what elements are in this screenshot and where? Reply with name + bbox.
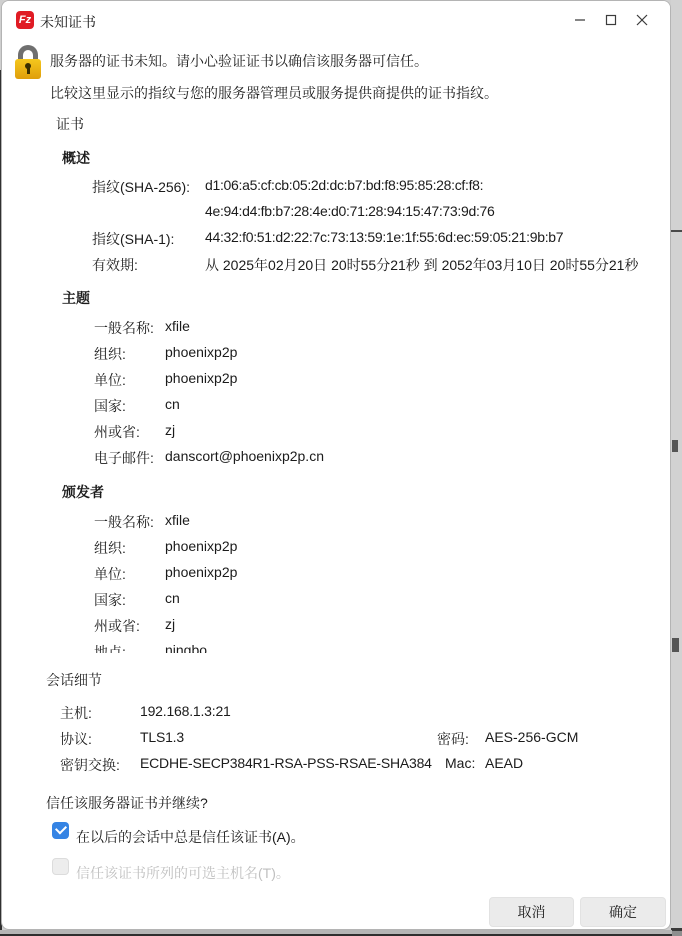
session-protocol-row: 协议: TLS1.3 密码: AES-256-GCM xyxy=(2,729,671,749)
instruction-text: 比较这里显示的指纹与您的服务器管理员或服务提供商提供的证书指纹。 xyxy=(50,84,498,102)
background-bottom-edge xyxy=(0,930,672,936)
row-label: Mac: xyxy=(445,755,475,771)
trust-sans-label: 信任该证书所列的可选主机名(T)。 xyxy=(76,864,290,882)
row-value: 44:32:f0:51:d2:22:7c:73:13:59:1e:1f:55:6… xyxy=(205,229,563,245)
screen: Fz 未知证书 服务器的证书未知 xyxy=(0,0,682,936)
window-title: 未知证书 xyxy=(40,12,96,32)
row-value: ningbo xyxy=(165,642,207,653)
certificate-dialog: Fz 未知证书 服务器的证书未知 xyxy=(1,0,671,930)
background-divider xyxy=(671,230,682,232)
titlebar[interactable]: Fz 未知证书 xyxy=(2,1,670,39)
subject-row: 电子邮件: danscort@phoenixp2p.cn xyxy=(2,448,671,468)
close-icon xyxy=(636,14,648,26)
minimize-icon xyxy=(574,14,586,26)
row-label: 组织: xyxy=(94,538,126,558)
row-label: 地点: xyxy=(94,642,126,653)
row-value: xfile xyxy=(165,318,190,334)
background-glyph-fragment xyxy=(672,440,678,452)
row-label: 国家: xyxy=(94,590,126,610)
maximize-button[interactable] xyxy=(597,6,625,34)
window-controls xyxy=(566,6,656,34)
row-label: 主机: xyxy=(60,703,92,723)
fingerprint-sha256-row: 指纹(SHA-256): d1:06:a5:cf:cb:05:2d:dc:b7:… xyxy=(2,177,671,197)
row-value: AEAD xyxy=(485,755,523,771)
row-label: 单位: xyxy=(94,370,126,390)
lock-keyhole-stem xyxy=(27,68,30,74)
fingerprint-sha256-row-cont: 4e:94:d4:fb:b7:28:4e:d0:71:28:94:15:47:7… xyxy=(2,203,671,223)
subject-row: 州或省: zj xyxy=(2,422,671,442)
row-value: cn xyxy=(165,396,180,412)
row-value: 192.168.1.3:21 xyxy=(140,703,231,719)
filezilla-app-icon: Fz xyxy=(16,11,34,29)
row-value: zj xyxy=(165,616,175,632)
lock-body xyxy=(15,59,41,79)
issuer-heading: 颁发者 xyxy=(62,482,104,502)
row-value: AES-256-GCM xyxy=(485,729,578,745)
minimize-button[interactable] xyxy=(566,6,594,34)
subject-row: 组织: phoenixp2p xyxy=(2,344,671,364)
row-value: TLS1.3 xyxy=(140,729,184,745)
session-host-row: 主机: 192.168.1.3:21 xyxy=(2,703,671,723)
row-value: 4e:94:d4:fb:b7:28:4e:d0:71:28:94:15:47:7… xyxy=(205,203,495,219)
row-value: phoenixp2p xyxy=(165,370,237,386)
issuer-row: 一般名称: xfile xyxy=(2,512,671,532)
issuer-row: 组织: phoenixp2p xyxy=(2,538,671,558)
subject-row: 国家: cn xyxy=(2,396,671,416)
certificate-details-panel[interactable]: 概述 指纹(SHA-256): d1:06:a5:cf:cb:05:2d:dc:… xyxy=(2,141,671,653)
row-label: 组织: xyxy=(94,344,126,364)
open-lock-icon xyxy=(15,45,41,79)
session-keyexchange-row: 密钥交换: ECDHE-SECP384R1-RSA-PSS-RSAE-SHA38… xyxy=(2,755,671,775)
row-label: 一般名称: xyxy=(94,318,154,338)
row-label: 指纹(SHA-1): xyxy=(92,229,174,249)
row-label: 一般名称: xyxy=(94,512,154,532)
background-edge-fill xyxy=(671,931,682,936)
cancel-button[interactable]: 取消 xyxy=(489,897,574,927)
maximize-icon xyxy=(605,14,617,26)
subject-row: 一般名称: xfile xyxy=(2,318,671,338)
row-value: cn xyxy=(165,590,180,606)
background-window-sliver xyxy=(671,0,682,936)
row-label: 国家: xyxy=(94,396,126,416)
warning-text: 服务器的证书未知。请小心验证证书以确信该服务器可信任。 xyxy=(50,52,428,70)
issuer-row: 国家: cn xyxy=(2,590,671,610)
row-label: 指纹(SHA-256): xyxy=(92,177,190,197)
row-label: 单位: xyxy=(94,564,126,584)
overview-heading: 概述 xyxy=(62,148,90,168)
certificate-section-label: 证书 xyxy=(56,115,84,133)
session-details-heading: 会话细节 xyxy=(46,671,102,689)
row-value: d1:06:a5:cf:cb:05:2d:dc:b7:bd:f8:95:85:2… xyxy=(205,177,483,193)
validity-row: 有效期: 从 2025年02月20日 20时55分21秒 到 2052年03月1… xyxy=(2,255,671,275)
row-value: phoenixp2p xyxy=(165,538,237,554)
row-label: 协议: xyxy=(60,729,92,749)
subject-row: 单位: phoenixp2p xyxy=(2,370,671,390)
row-label: 州或省: xyxy=(94,422,140,442)
row-value: phoenixp2p xyxy=(165,564,237,580)
row-value: danscort@phoenixp2p.cn xyxy=(165,448,324,464)
row-value: 从 2025年02月20日 20时55分21秒 到 2052年03月10日 20… xyxy=(205,255,638,275)
always-trust-checkbox[interactable] xyxy=(52,822,69,839)
subject-heading: 主题 xyxy=(62,288,90,308)
row-value: zj xyxy=(165,422,175,438)
background-glyph-fragment xyxy=(672,638,679,652)
row-label: 电子邮件: xyxy=(94,448,154,468)
close-button[interactable] xyxy=(628,6,656,34)
fingerprint-sha1-row: 指纹(SHA-1): 44:32:f0:51:d2:22:7c:73:13:59… xyxy=(2,229,671,249)
issuer-row: 州或省: zj xyxy=(2,616,671,636)
trust-sans-checkbox xyxy=(52,858,69,875)
issuer-row: 单位: phoenixp2p xyxy=(2,564,671,584)
row-label: 密钥交换: xyxy=(60,755,120,775)
row-value: phoenixp2p xyxy=(165,344,237,360)
row-label: 州或省: xyxy=(94,616,140,636)
trust-question: 信任该服务器证书并继续? xyxy=(46,794,208,812)
row-label: 密码: xyxy=(437,729,469,749)
always-trust-label[interactable]: 在以后的会话中总是信任该证书(A)。 xyxy=(76,828,305,846)
row-label: 有效期: xyxy=(92,255,138,275)
row-value: ECDHE-SECP384R1-RSA-PSS-RSAE-SHA384 xyxy=(140,755,432,771)
ok-button[interactable]: 确定 xyxy=(580,897,666,927)
filezilla-logo-text: Fz xyxy=(19,14,31,26)
issuer-row-clipped: 地点: ningbo xyxy=(2,642,671,653)
row-value: xfile xyxy=(165,512,190,528)
